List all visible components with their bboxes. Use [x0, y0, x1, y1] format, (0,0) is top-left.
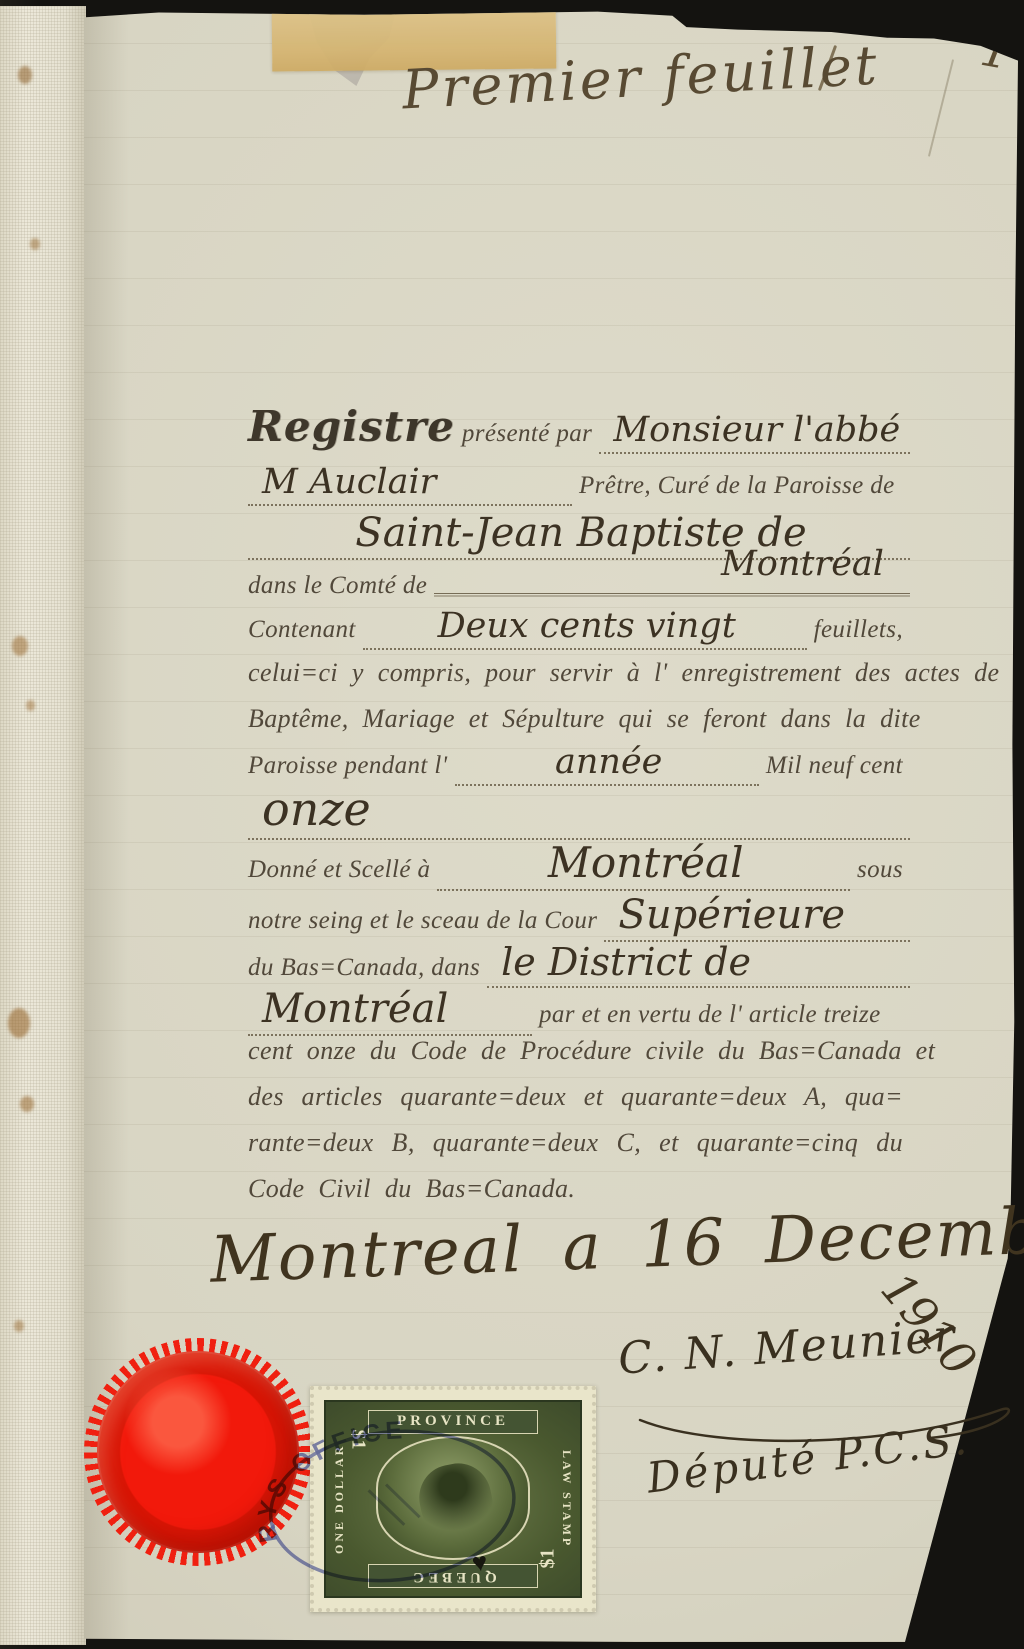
form-line: celui=ci y compris, pour servir à l' enr… — [248, 658, 910, 688]
printed-text: dans le Comté de — [248, 572, 427, 600]
handwritten-sheet-count: Deux cents vingt — [363, 606, 807, 650]
printed-text: Code Civil du Bas=Canada. — [248, 1174, 575, 1204]
form-line: Saint-Jean Baptiste de Montréal — [248, 510, 910, 560]
paper-crease — [928, 59, 954, 157]
handwritten-city: Montréal — [437, 838, 850, 891]
printed-text: Paroisse pendant l' — [248, 752, 448, 780]
printed-text: sous — [857, 856, 903, 884]
printed-text: présenté par — [462, 420, 592, 448]
form-line: onze — [248, 782, 910, 840]
office-oval-stamp: RYS OFFICE — [243, 1394, 541, 1612]
printed-word-registre: Registre — [248, 402, 455, 451]
form-line: rante=deux B, quarante=deux C, et quaran… — [248, 1128, 910, 1158]
printed-text: rante=deux B, quarante=deux C, et quaran… — [248, 1128, 903, 1157]
printed-text: des articles quarante=deux et quarante=d… — [248, 1082, 903, 1111]
printed-text: Baptême, Mariage et Sépulture qui se fer… — [248, 704, 921, 733]
printed-text: Prêtre, Curé de la Paroisse de — [579, 472, 895, 500]
stamp-value: $1 — [537, 1549, 560, 1569]
form-line: M Auclair Prêtre, Curé de la Paroisse de — [248, 462, 910, 506]
blank-fill-line — [434, 592, 910, 594]
binding-linen-strip — [0, 6, 86, 1645]
printed-text: Contenant — [248, 616, 356, 644]
form-line: Montréal par et en vertu de l' article t… — [248, 986, 910, 1036]
form-line: Donné et Scellé à Montréal sous — [248, 838, 910, 891]
form-line: cent onze du Code de Procédure civile du… — [248, 1036, 910, 1066]
binding-stain — [30, 238, 40, 250]
handwritten-annee: année — [455, 742, 759, 786]
form-line: notre seing et le sceau de la Cour Supér… — [248, 892, 910, 942]
binding-stain — [18, 66, 32, 84]
binding-stain — [8, 1008, 30, 1038]
handwritten-priest-name: M Auclair — [248, 462, 572, 506]
form-line: Baptême, Mariage et Sépulture qui se fer… — [248, 704, 910, 734]
printed-text: Mil neuf cent — [766, 752, 903, 780]
printed-text: celui=ci y compris, pour servir à l' enr… — [248, 658, 999, 687]
form-line: dans le Comté de — [248, 572, 910, 600]
stamp-date-smudge — [368, 1481, 420, 1528]
form-line: des articles quarante=deux et quarante=d… — [248, 1082, 910, 1112]
printed-text: notre seing et le sceau de la Cour — [248, 907, 597, 935]
handwritten-year-word: onze — [248, 782, 910, 840]
law-stamp-right-label: LAW STAMP — [554, 1432, 574, 1566]
form-line: Paroisse pendant l' année Mil neuf cent — [248, 742, 910, 786]
form-line: Code Civil du Bas=Canada. — [248, 1174, 910, 1204]
oval-stamp-arc-text: RYS OFFICE — [243, 1415, 417, 1545]
binding-stain — [14, 1320, 24, 1332]
binding-stain — [26, 700, 35, 711]
form-line: Registre présenté par Monsieur l'abbé — [248, 402, 910, 454]
binding-stain — [12, 636, 28, 656]
scanned-register-page: 1 Premier feuillet Registre présenté par… — [0, 0, 1024, 1649]
handwritten-entry: Monsieur l'abbé — [599, 410, 910, 454]
binding-stain — [20, 1096, 34, 1112]
handwritten-district-city: Montréal — [248, 986, 532, 1036]
form-line: du Bas=Canada, dans le District de — [248, 940, 910, 988]
form-line: Contenant Deux cents vingt feuillets, — [248, 606, 910, 650]
printed-text: feuillets, — [814, 616, 903, 644]
handwritten-district-lead: le District de — [487, 940, 910, 988]
printed-text: cent onze du Code de Procédure civile du… — [248, 1036, 935, 1065]
handwritten-court-name: Supérieure — [604, 892, 910, 942]
printed-text: du Bas=Canada, dans — [248, 954, 480, 982]
printed-text: par et en vertu de l' article treize — [539, 1001, 881, 1029]
printed-text: Donné et Scellé à — [248, 856, 430, 884]
